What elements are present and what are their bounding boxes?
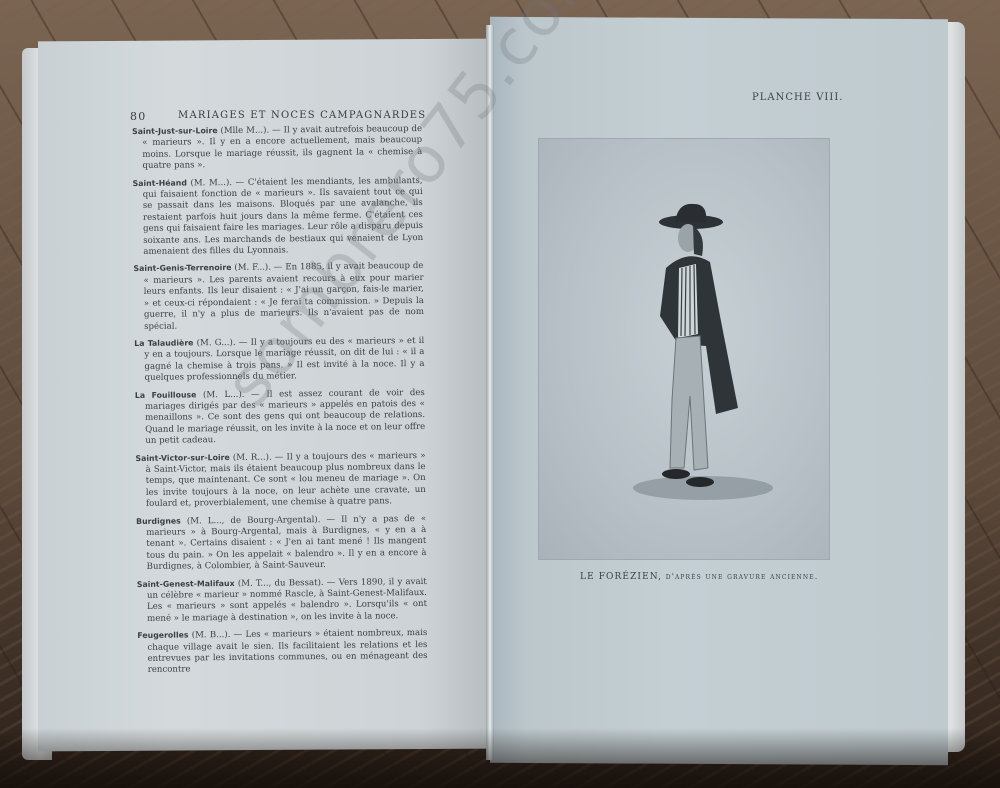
plate-label: PLANCHE VIII. — [752, 92, 843, 103]
left-page-body: Saint-Just-sur-Loire (Mlle M...). — Il y… — [132, 123, 428, 682]
entry-saint-just: Saint-Just-sur-Loire (Mlle M...). — Il y… — [132, 123, 422, 173]
entry-burdignes: Burdignes (M. L..., de Bourg-Argental). … — [136, 513, 427, 574]
entry-feugerolles: Feugerolles (M. B...). — Les « marieurs … — [137, 627, 427, 677]
forezien-figure-illustration — [538, 138, 830, 560]
entry-la-fouillouse: La Fouillouse (M. L...). — Il est assez … — [135, 386, 426, 447]
entry-saint-victor: Saint-Victor-sur-Loire (M. R...). — Il y… — [135, 450, 426, 511]
floor-shadow — [0, 728, 1000, 788]
plate-caption: LE FORÉZIEN, d'après une gravure ancienn… — [580, 572, 818, 582]
engraving-plate — [538, 138, 830, 560]
caption-subtitle: d'après une gravure ancienne. — [666, 572, 819, 581]
entry-la-talaudiere: La Talaudière (M. G...). — Il y a toujou… — [134, 335, 424, 385]
running-head: MARIAGES ET NOCES CAMPAGNARDES — [178, 110, 426, 121]
caption-title: LE FORÉZIEN, — [580, 572, 662, 582]
entry-saint-heand: Saint-Héand (M. M...). — C'étaient les m… — [133, 175, 424, 259]
entry-saint-genest: Saint-Genest-Malifaux (M. T..., du Bessa… — [137, 576, 427, 626]
page-number: 80 — [130, 110, 146, 123]
entry-saint-genis: Saint-Genis-Terrenoire (M. F...). — En 1… — [133, 260, 424, 332]
book-gutter — [486, 25, 494, 760]
